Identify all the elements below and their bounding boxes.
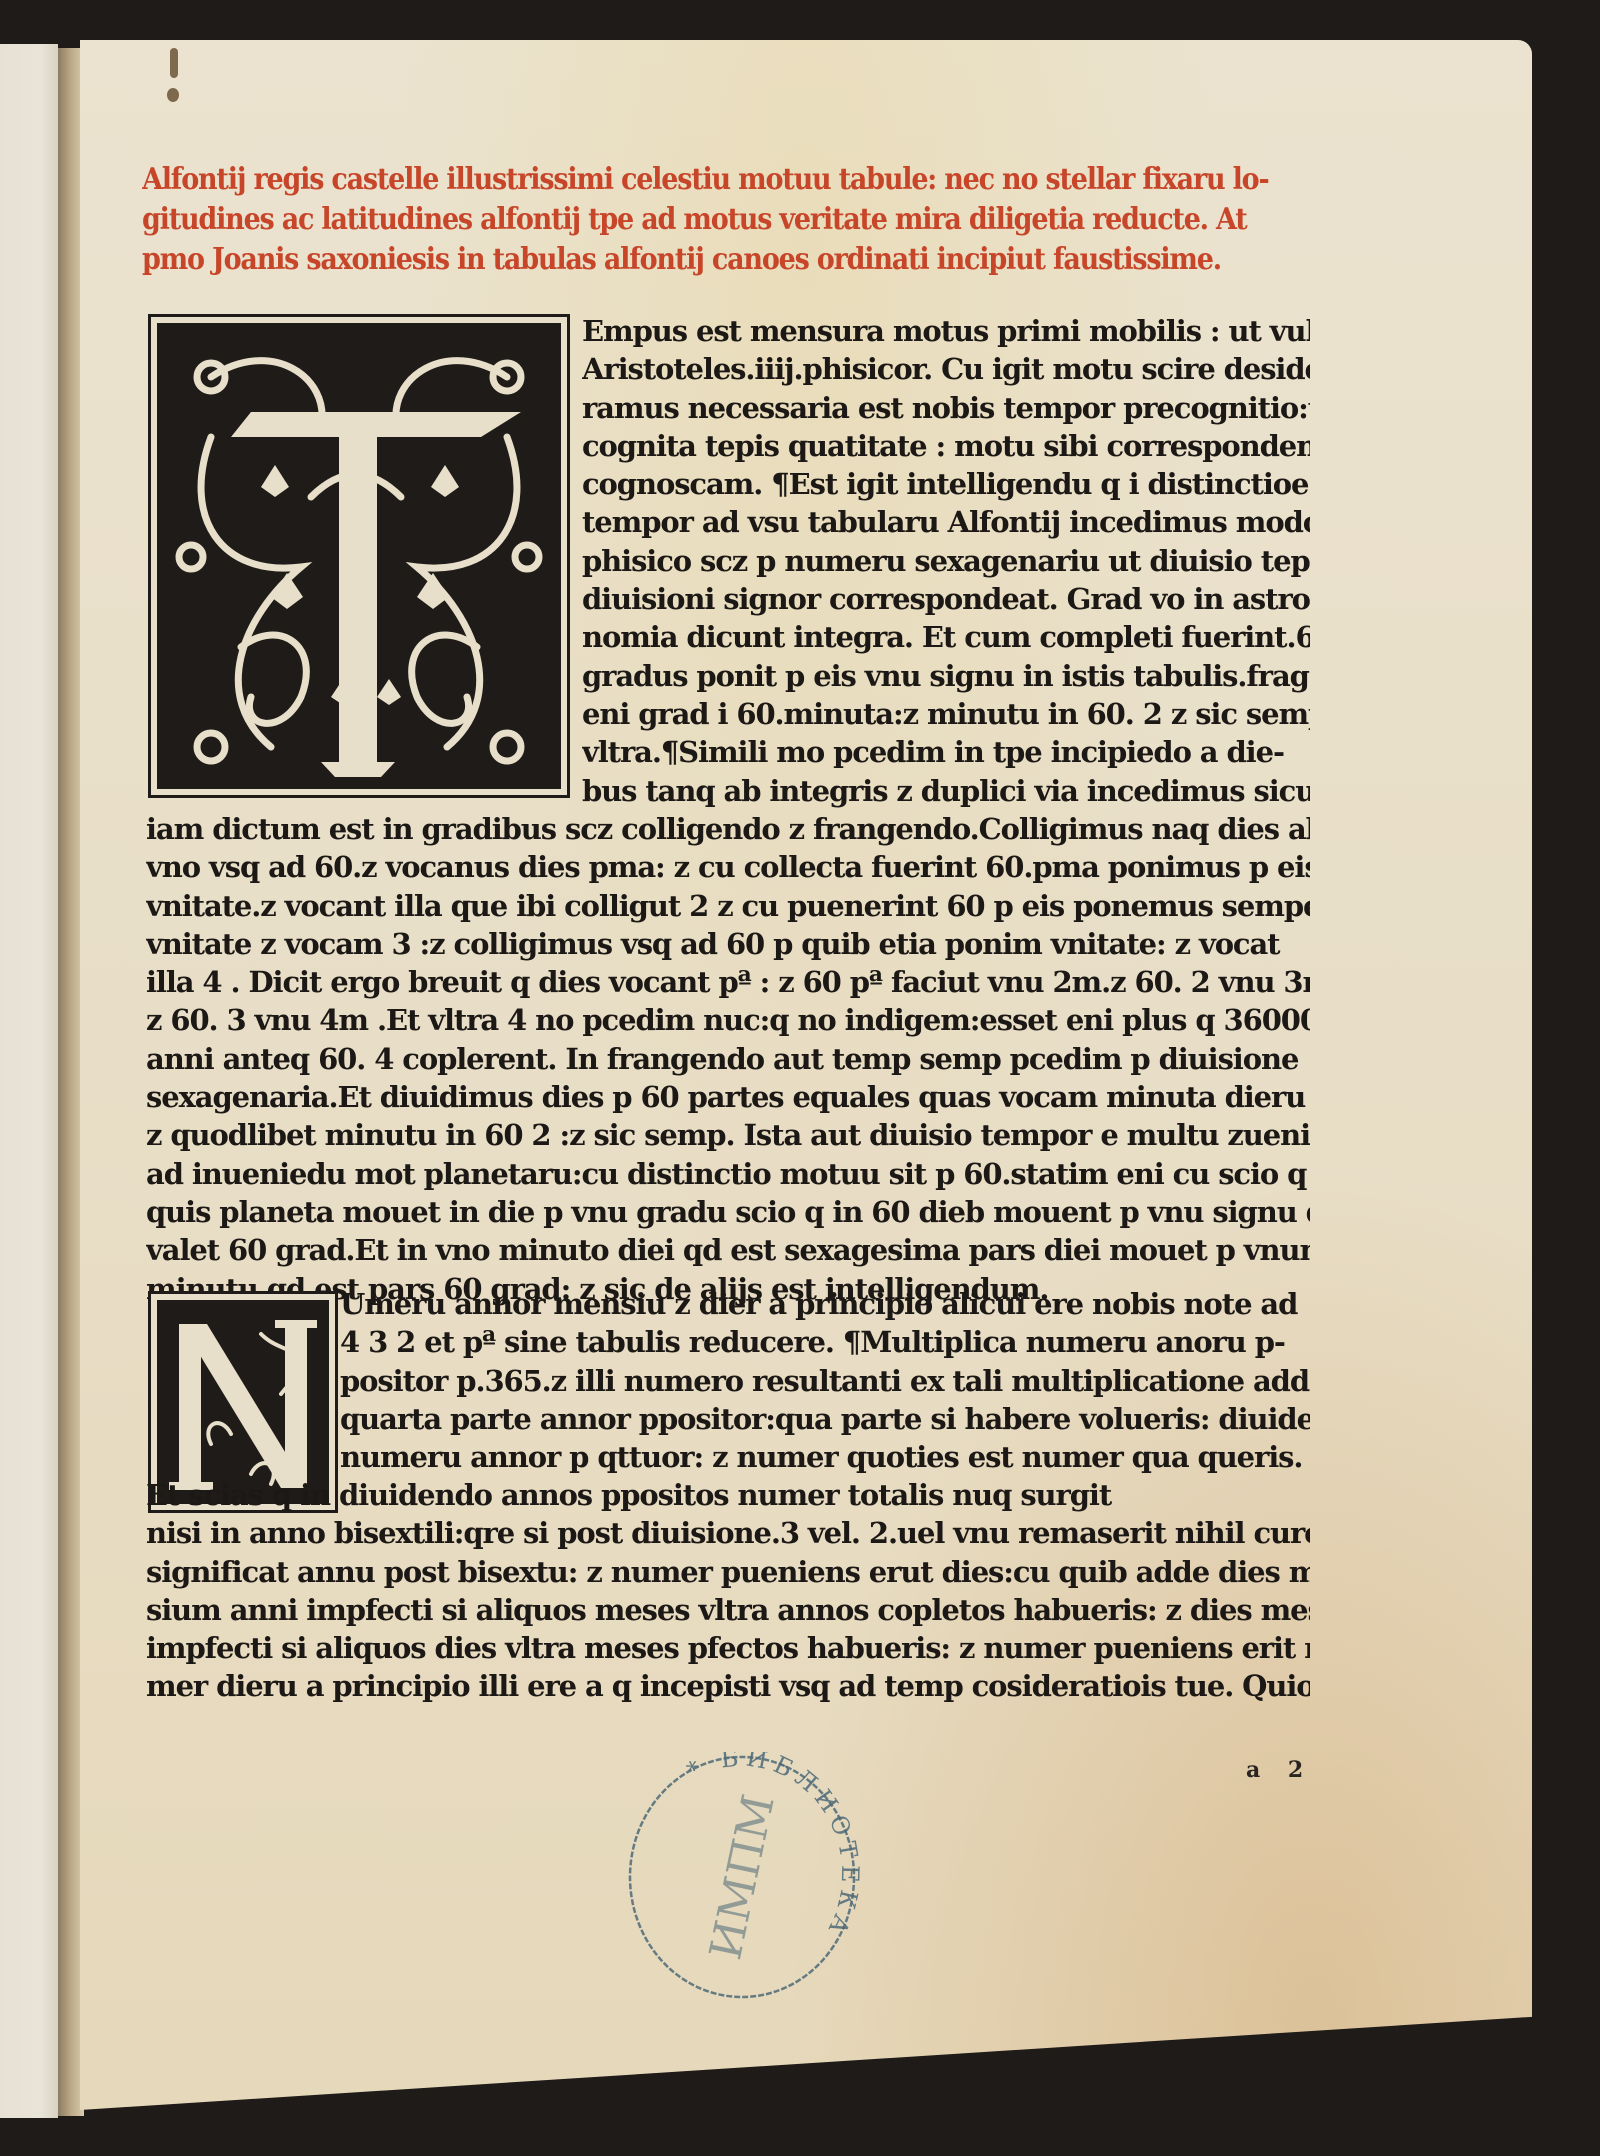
text-line: bus tanq ab integris z duplici via inced…	[582, 772, 1310, 810]
text-line: 4 3 2 et pª sine tabulis reducere. ¶Mult…	[340, 1323, 1310, 1361]
text-line: ad inueniedu mot planetaru:cu distinctio…	[146, 1155, 1310, 1193]
text-line: illa 4 . Dicit ergo breuit q dies vocant…	[146, 963, 1310, 1001]
text-line: ramus necessaria est nobis tempor precog…	[582, 389, 1310, 427]
text-line: phisico scz p numeru sexagenariu ut diui…	[582, 542, 1310, 580]
text-line: valet 60 grad.Et in vno minuto diei qd e…	[146, 1231, 1310, 1269]
text-line: iam dictum est in gradibus scz colligend…	[146, 810, 1310, 848]
text-line: Et scias q in diuidendo annos ppositos n…	[146, 1476, 1310, 1514]
text-line: Aristoteles.iiij.phisicor. Cu igit motu …	[582, 350, 1310, 388]
text-line: z quodlibet minutu in 60 2 :z sic semp. …	[146, 1116, 1310, 1154]
text-line: vnitate z vocam 3 :z colligimus vsq ad 6…	[146, 925, 1310, 963]
text-block-full-1: iam dictum est in gradibus scz colligend…	[146, 810, 1310, 1308]
text-line: numeru annor p qttuor: z numer quoties e…	[340, 1438, 1310, 1476]
text-line: Umeru annor mensiu z dier a principio al…	[340, 1285, 1310, 1323]
text-line: nomia dicunt integra. Et cum completi fu…	[582, 618, 1310, 656]
text-block-beside-n: Umeru annor mensiu z dier a principio al…	[340, 1285, 1310, 1476]
svg-text:ИМПM: ИМПM	[700, 1790, 785, 1964]
text-line: significat annu post bisextu: z numer pu…	[146, 1553, 1310, 1591]
heading-line: Alfontij regis castelle illustrissimi ce…	[142, 160, 1322, 200]
ink-stain	[167, 88, 179, 102]
text-line: vnitate.z vocant illa que ibi colligut 2…	[146, 887, 1310, 925]
text-line: anni anteq 60. 4 coplerent. In frangendo…	[146, 1040, 1310, 1078]
rubric-heading: Alfontij regis castelle illustrissimi ce…	[142, 160, 1322, 280]
text-line: positor p.365.z illi numero resultanti e…	[340, 1362, 1310, 1400]
text-line: tempor ad vsu tabularu Alfontij incedimu…	[582, 503, 1310, 541]
text-line: nisi in anno bisextili:qre si post diuis…	[146, 1514, 1310, 1552]
library-stamp-icon: * БИБЛИОТЕКА ИМПM	[622, 1752, 862, 2002]
text-line: cognoscam. ¶Est igit intelligendu q i di…	[582, 465, 1310, 503]
decorated-initial-t	[148, 314, 570, 798]
text-line: eni grad i 60.minuta:z minutu in 60. 2 z…	[582, 695, 1310, 733]
text-line: diuisioni signor correspondeat. Grad vo …	[582, 580, 1310, 618]
facing-page-edge	[0, 44, 58, 2118]
signature-mark: a 2	[1246, 1757, 1313, 1783]
text-line: sexagenaria.Et diuidimus dies p 60 parte…	[146, 1078, 1310, 1116]
text-line: mer dieru a principio illi ere a q incep…	[146, 1667, 1310, 1705]
text-line: gradus ponit p eis vnu signu in istis ta…	[582, 657, 1310, 695]
text-line: quarta parte annor ppositor:qua parte si…	[340, 1400, 1310, 1438]
heading-line: gitudines ac latitudines alfontij tpe ad…	[142, 200, 1322, 240]
text-line: vno vsq ad 60.z vocanus dies pma: z cu c…	[146, 848, 1310, 886]
text-line: vltra.¶Simili mo pcedim in tpe incipiedo…	[582, 733, 1310, 771]
text-line: z 60. 3 vnu 4m .Et vltra 4 no pcedim nuc…	[146, 1001, 1310, 1039]
floral-initial-t-icon	[151, 317, 567, 795]
library-stamp: * БИБЛИОТЕКА ИМПM	[622, 1752, 862, 2002]
text-line: sium anni impfecti si aliquos meses vltr…	[146, 1591, 1310, 1629]
ink-stain	[170, 48, 178, 78]
text-line: quis planeta mouet in die p vnu gradu sc…	[146, 1193, 1310, 1231]
text-line: cognita tepis quatitate : motu sibi corr…	[582, 427, 1310, 465]
text-line: impfecti si aliquos dies vltra meses pfe…	[146, 1629, 1310, 1667]
text-block-beside-t: Empus est mensura motus primi mobilis : …	[582, 312, 1310, 810]
heading-line: pmo Joanis saxoniesis in tabulas alfonti…	[142, 240, 1322, 280]
text-block-full-2: Et scias q in diuidendo annos ppositos n…	[146, 1476, 1310, 1706]
text-line: Empus est mensura motus primi mobilis : …	[582, 312, 1310, 350]
